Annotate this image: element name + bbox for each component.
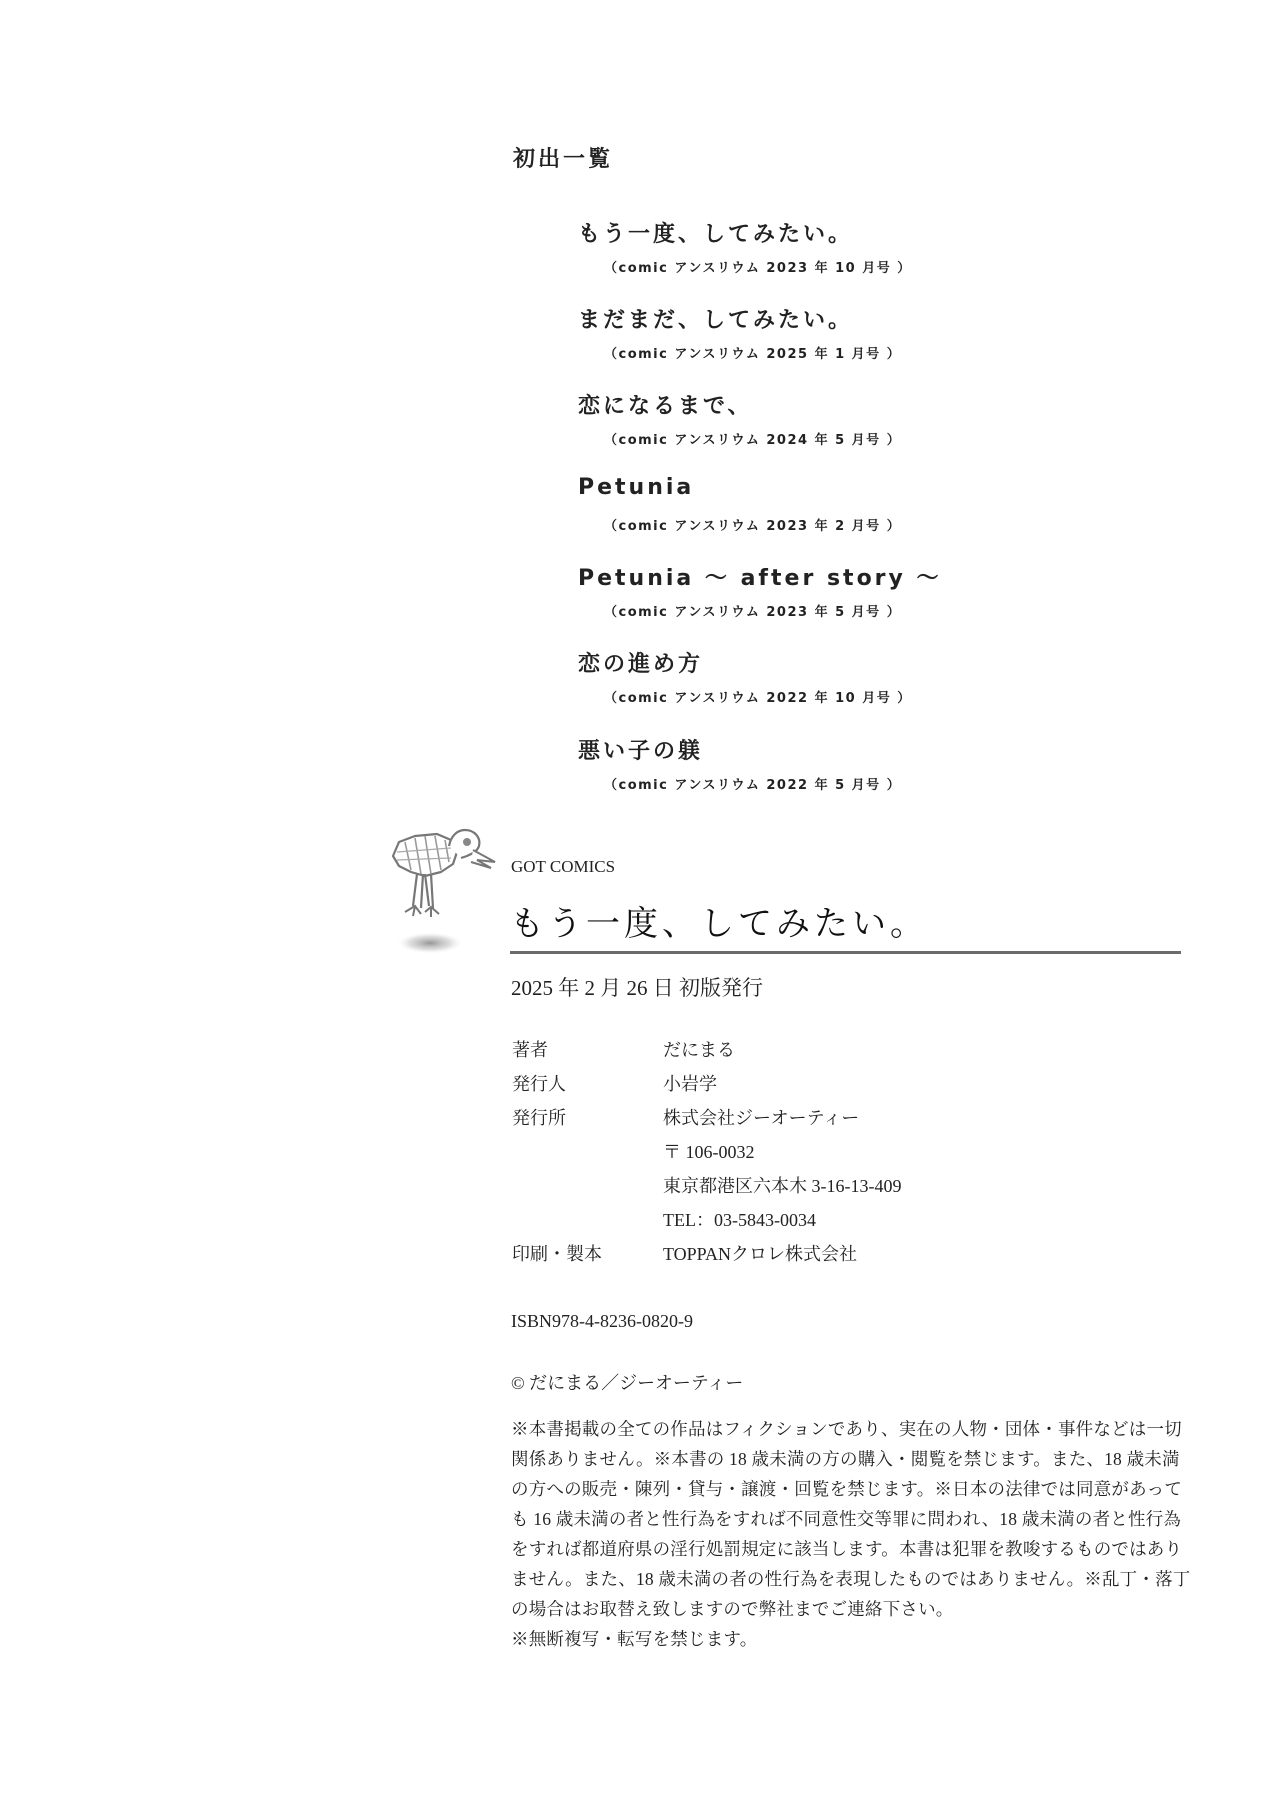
notice-line: も 16 歳未満の者と性行為をすれば不同意性交等罪に問われ、18 歳未満の者と性… bbox=[511, 1506, 1181, 1531]
colophon-value-postal-code: 〒 106-0032 bbox=[663, 1138, 755, 1164]
toc-entry-title: もう一度、してみたい。 bbox=[578, 217, 853, 248]
toc-entry-title: まだまだ、してみたい。 bbox=[578, 303, 853, 334]
notice-line: の場合はお取替え致しますので弊社までご連絡下さい。 bbox=[511, 1596, 954, 1621]
toc-entry-title: Petunia bbox=[578, 475, 694, 500]
toc-entry-source: （comic アンスリウム 2024 年 5 月号 ） bbox=[604, 429, 901, 448]
notice-line: ません。また、18 歳未満の者の性行為を表現したものではありません。※乱丁・落丁 bbox=[511, 1566, 1190, 1591]
colophon-label-author: 著者 bbox=[512, 1036, 548, 1062]
book-title: もう一度、してみたい。 bbox=[510, 896, 928, 945]
toc-entry-title: 恋になるまで、 bbox=[578, 389, 753, 420]
toc-entry-source: （comic アンスリウム 2023 年 2 月号 ） bbox=[604, 515, 901, 534]
colophon-value-publisher-person: 小岩学 bbox=[663, 1070, 717, 1096]
notice-line: 関係ありません。※本書の 18 歳未満の方の購入・閲覧を禁じます。また、18 歳… bbox=[511, 1446, 1180, 1471]
toc-entry-title: 悪い子の躾 bbox=[578, 734, 703, 765]
divider-rule bbox=[510, 951, 1181, 954]
toc-entry-source: （comic アンスリウム 2023 年 5 月号 ） bbox=[604, 601, 901, 620]
colophon-label-publisher-person: 発行人 bbox=[512, 1070, 566, 1096]
notice-line: の方への販売・陳列・貸与・譲渡・回覧を禁じます。※日本の法律では同意があって bbox=[511, 1476, 1182, 1501]
colophon-value-address: 東京都港区六本木 3-16-13-409 bbox=[663, 1172, 901, 1198]
colophon-label-publisher: 発行所 bbox=[512, 1104, 566, 1130]
imprint-label: GOT COMICS bbox=[511, 857, 615, 877]
toc-entry-source: （comic アンスリウム 2025 年 1 月号 ） bbox=[604, 343, 901, 362]
colophon-value-phone: TEL：03-5843-0034 bbox=[663, 1206, 816, 1232]
colophon-value-author: だにまる bbox=[663, 1036, 735, 1062]
colophon-value-printer: TOPPANクロレ株式会社 bbox=[663, 1240, 857, 1266]
toc-entry-source: （comic アンスリウム 2022 年 10 月号 ） bbox=[604, 687, 912, 706]
toc-entry-source: （comic アンスリウム 2022 年 5 月号 ） bbox=[604, 774, 901, 793]
notice-line: ※無断複写・転写を禁じます。 bbox=[511, 1626, 757, 1651]
notice-line: をすれば都道府県の淫行処罰規定に該当します。本書は犯罪を教唆するものではあり bbox=[511, 1536, 1182, 1561]
colophon-value-publisher: 株式会社ジーオーティー bbox=[663, 1104, 859, 1130]
toc-entry-title: Petunia 〜 after story 〜 bbox=[578, 561, 942, 592]
toc-heading: 初出一覧 bbox=[513, 142, 613, 173]
isbn: ISBN978-4-8236-0820-9 bbox=[511, 1311, 693, 1332]
colophon-label-printer: 印刷・製本 bbox=[512, 1240, 602, 1266]
bird-illustration-icon bbox=[385, 818, 505, 968]
toc-entry-source: （comic アンスリウム 2023 年 10 月号 ） bbox=[604, 257, 912, 276]
toc-entry-title: 恋の進め方 bbox=[578, 647, 703, 678]
publication-date: 2025 年 2 月 26 日 初版発行 bbox=[511, 972, 763, 1002]
notice-line: ※本書掲載の全ての作品はフィクションであり、実在の人物・団体・事件などは一切 bbox=[511, 1416, 1182, 1441]
copyright: © だにまる／ジーオーティー bbox=[511, 1369, 743, 1395]
